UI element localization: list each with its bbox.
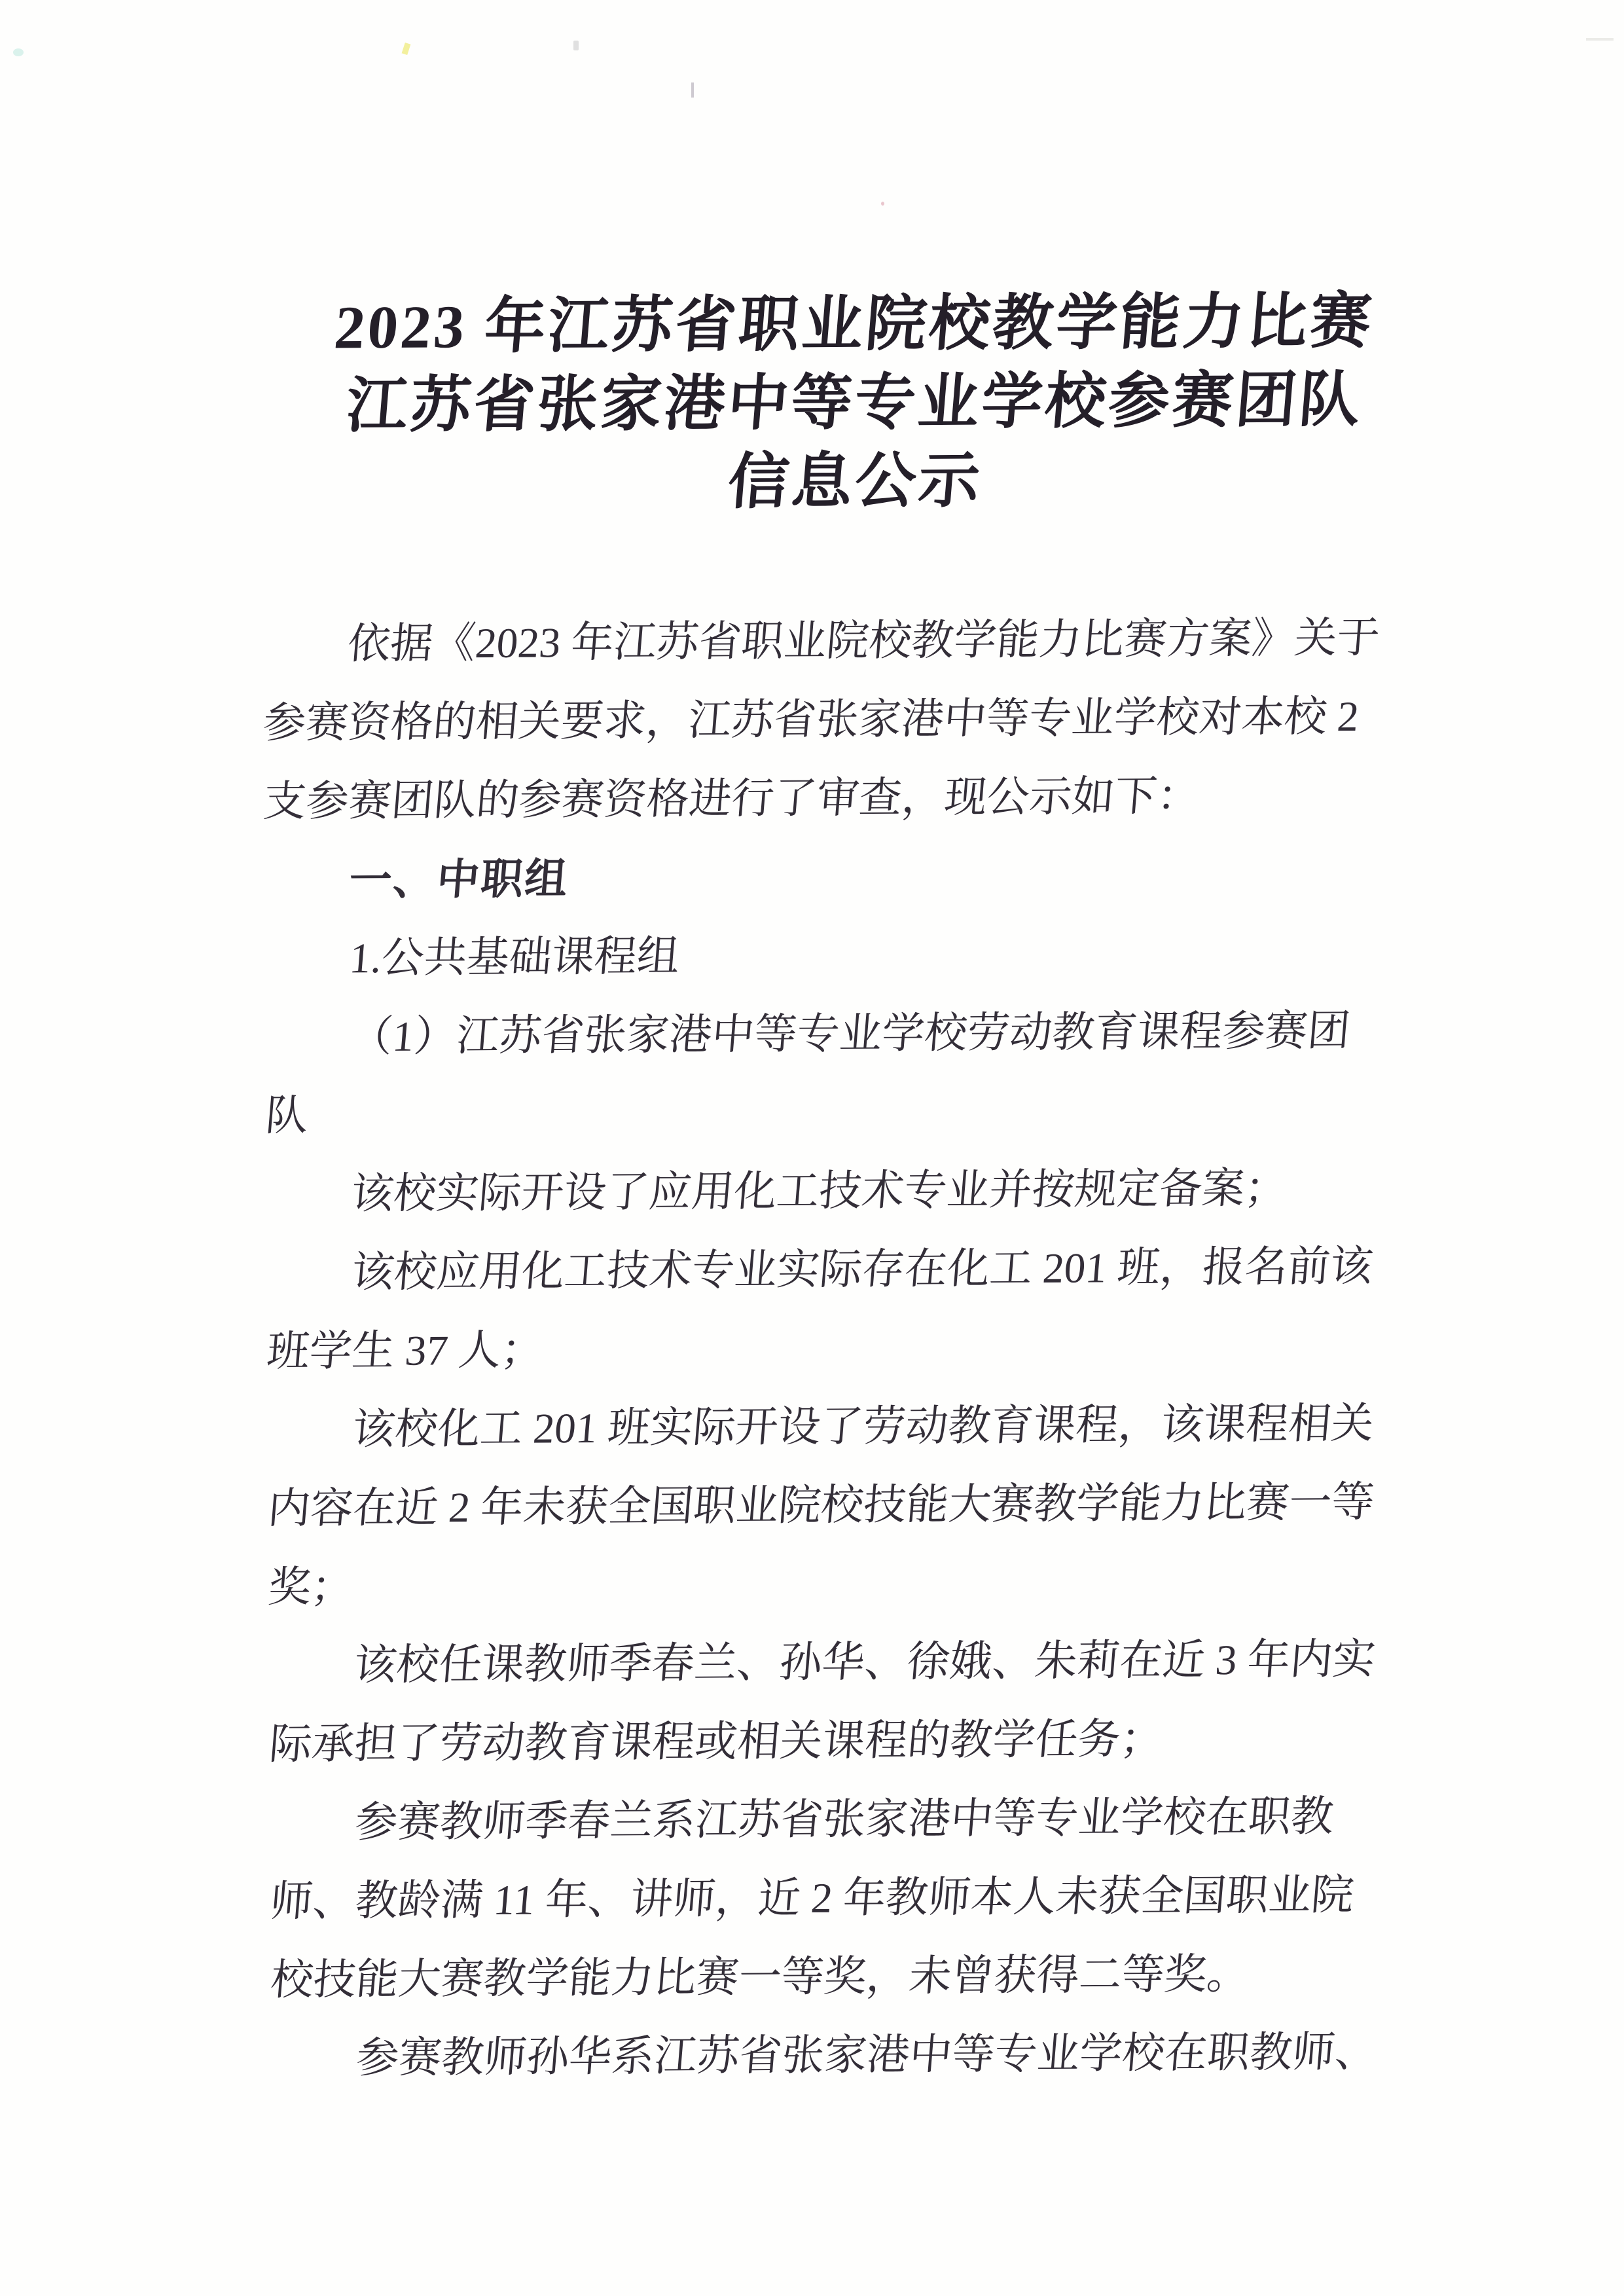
text-line: 参赛教师季春兰系江苏省张家港中等专业学校在职教	[266, 1777, 1396, 1863]
text-line: 内容在近 2 年未获全国职业院校技能大赛教学能力比赛一等	[264, 1463, 1394, 1549]
text-line: 队	[262, 1070, 1392, 1156]
text-line: （1）江苏省张家港中等专业学校劳动教育课程参赛团	[262, 992, 1392, 1078]
document-sheet: 2023 年江苏省职业院校教学能力比赛 江苏省张家港中等专业学校参赛团队 信息公…	[0, 0, 1624, 2296]
text-line: 支参赛团队的参赛资格进行了审查，现公示如下：	[261, 756, 1390, 842]
text-line: 班学生 37 人；	[264, 1306, 1394, 1392]
section-heading: 一、中职组	[261, 835, 1391, 920]
text-line: 校技能大赛教学能力比赛一等奖，未曾获得二等奖。	[268, 1935, 1398, 2020]
scanned-document-page: 2023 年江苏省职业院校教学能力比赛 江苏省张家港中等专业学校参赛团队 信息公…	[0, 0, 1624, 2296]
text-line: 该校应用化工技术专业实际存在化工 201 班，报名前该	[263, 1228, 1393, 1313]
text-line: 依据《2023 年江苏省职业院校教学能力比赛方案》关于	[259, 599, 1389, 685]
title-body-gap	[0, 517, 1621, 607]
text-line: 参赛教师孙华系江苏省张家港中等专业学校在职教师、	[268, 2013, 1398, 2099]
document-body: 依据《2023 年江苏省职业院校教学能力比赛方案》关于 参赛资格的相关要求，江苏…	[262, 599, 1395, 2098]
document-title: 2023 年江苏省职业院校教学能力比赛 江苏省张家港中等专业学校参赛团队 信息公…	[42, 281, 1624, 526]
text-line: 该校化工 201 班实际开设了劳动教育课程，该课程相关	[264, 1385, 1394, 1470]
title-line: 江苏省张家港中等专业学校参赛团队	[39, 359, 1624, 448]
text-line: 师、教龄满 11 年、讲师，近 2 年教师本人未获全国职业院	[267, 1856, 1397, 1942]
text-line: 该校任课教师季春兰、孙华、徐娥、朱莉在近 3 年内实	[266, 1620, 1396, 1706]
text-line: 参赛资格的相关要求，江苏省张家港中等专业学校对本校 2	[260, 678, 1390, 763]
title-line: 信息公示	[40, 438, 1624, 526]
text-line: 该校实际开设了应用化工技术专业并按规定备案；	[263, 1149, 1393, 1235]
title-line: 2023 年江苏省职业院校教学能力比赛	[39, 281, 1624, 369]
text-line: 奖；	[265, 1542, 1395, 1628]
sub-heading: 1.公共基础课程组	[261, 913, 1391, 999]
text-line: 际承担了劳动教育课程或相关课程的教学任务；	[266, 1699, 1396, 1785]
